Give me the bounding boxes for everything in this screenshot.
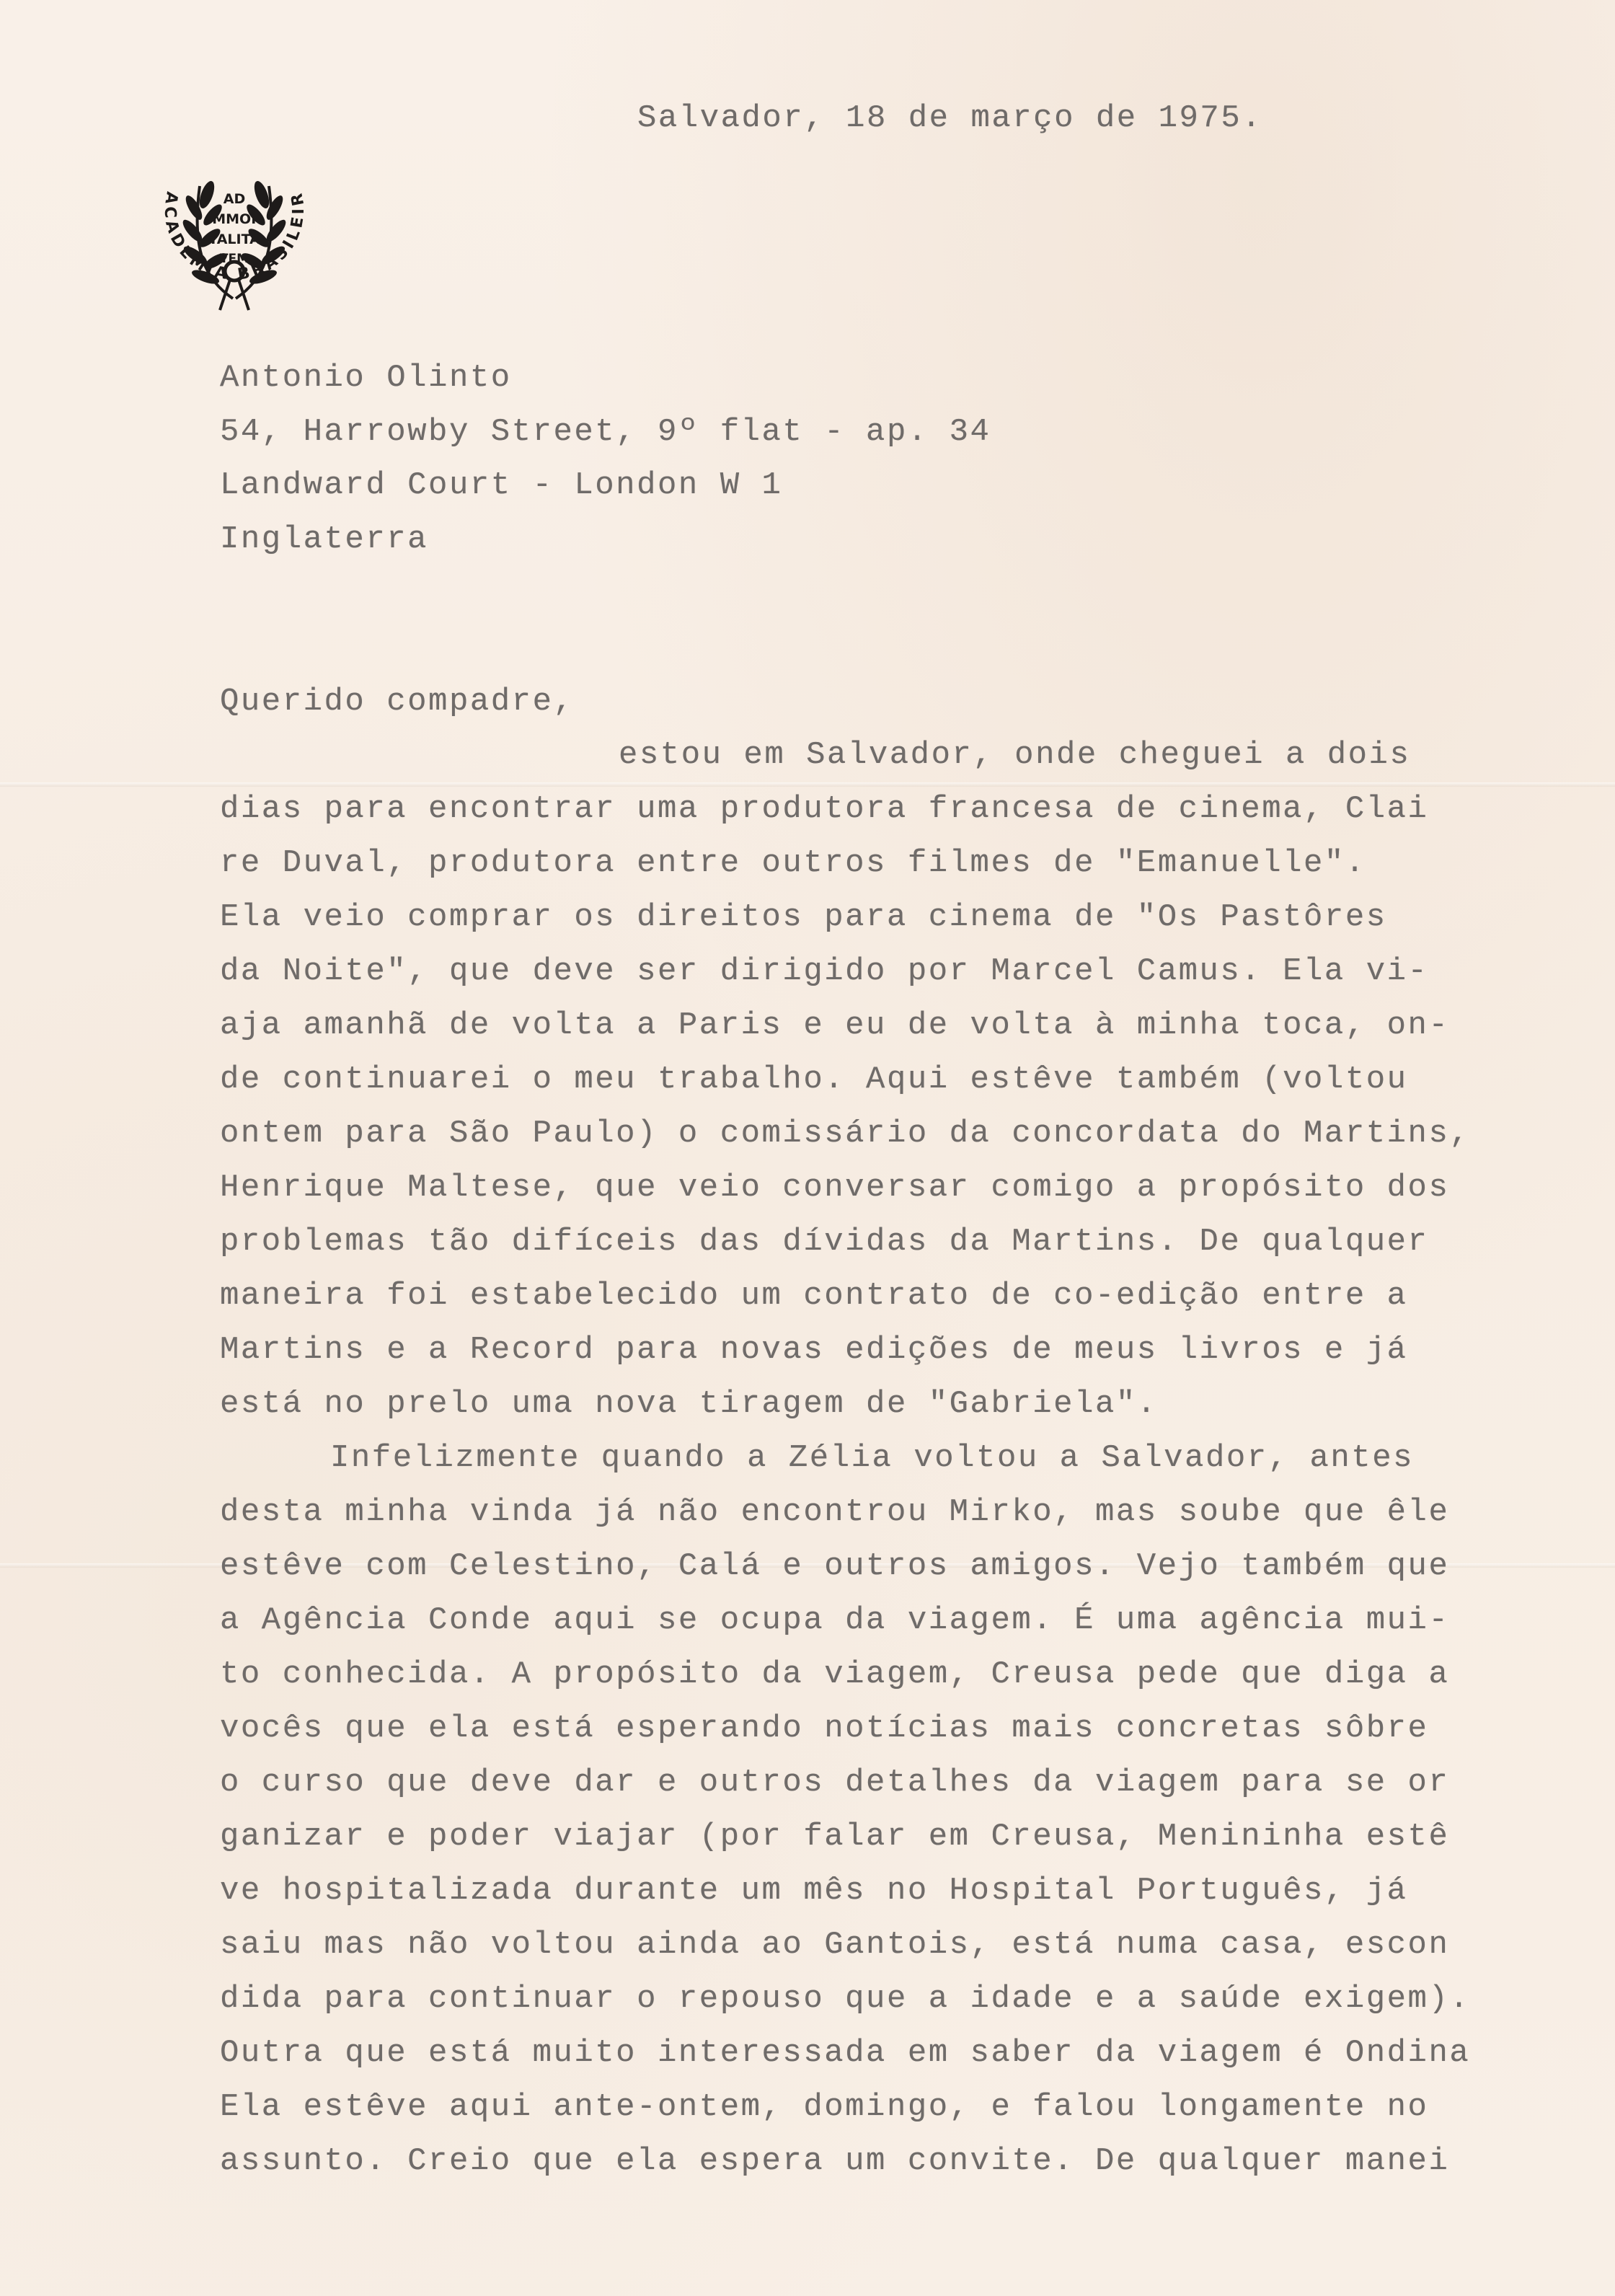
body-line: desta minha vinda já não encontrou Mirko…	[220, 1496, 1449, 1528]
body-line: o curso que deve dar e outros detalhes d…	[220, 1767, 1449, 1798]
paper-fold-crease	[0, 782, 1615, 787]
body-line: ontem para São Paulo) o comissário da co…	[220, 1118, 1470, 1149]
body-line: Infelizmente quando a Zélia voltou a Sal…	[330, 1442, 1414, 1474]
body-line: a Agência Conde aqui se ocupa da viagem.…	[220, 1604, 1449, 1636]
body-line: estou em Salvador, onde cheguei a dois	[619, 739, 1410, 771]
seal-motto-line: AD	[224, 191, 245, 207]
body-line: aja amanhã de volta a Paris e eu de volt…	[220, 1010, 1449, 1041]
body-line: de continuarei o meu trabalho. Aqui estê…	[220, 1064, 1408, 1095]
recipient-address-line-1: 54, Harrowby Street, 9º flat - ap. 34	[220, 416, 991, 448]
body-line: Ela estêve aqui ante-ontem, domingo, e f…	[220, 2091, 1428, 2123]
body-line: da Noite", que deve ser dirigido por Mar…	[220, 955, 1428, 987]
body-line: assunto. Creio que ela espera um convite…	[220, 2145, 1449, 2177]
seal-motto-line: TEM	[220, 252, 249, 266]
recipient-address-line-2: Landward Court - London W 1	[220, 469, 782, 501]
body-line: ve hospitalizada durante um mês no Hospi…	[220, 1875, 1408, 1907]
academia-brasileira-seal-icon: AD IMMOR TALITA TEM ACADEMIA BRASILEIRA	[148, 157, 321, 330]
body-line: Henrique Maltese, que veio conversar com…	[220, 1172, 1449, 1204]
salutation: Querido compadre,	[220, 686, 574, 717]
body-line: Outra que está muito interessada em sabe…	[220, 2037, 1470, 2069]
body-line: problemas tão difíceis das dívidas da Ma…	[220, 1226, 1428, 1258]
body-line: estêve com Celestino, Calá e outros amig…	[220, 1550, 1449, 1582]
body-line: dias para encontrar uma produtora france…	[220, 793, 1428, 825]
date-line: Salvador, 18 de março de 1975.	[637, 102, 1262, 134]
body-line: Martins e a Record para novas edições de…	[220, 1334, 1408, 1366]
body-line: dida para continuar o repouso que a idad…	[220, 1983, 1470, 2015]
seal-motto-line: IMMOR	[207, 211, 262, 227]
body-line: to conhecida. A propósito da viagem, Cre…	[220, 1659, 1449, 1690]
body-line: Ela veio comprar os direitos para cinema…	[220, 901, 1387, 933]
body-line: saiu mas não voltou ainda ao Gantois, es…	[220, 1929, 1449, 1961]
body-line: vocês que ela está esperando notícias ma…	[220, 1713, 1428, 1744]
body-line: ganizar e poder viajar (por falar em Cre…	[220, 1821, 1449, 1853]
body-line: está no prelo uma nova tiragem de "Gabri…	[220, 1388, 1158, 1420]
body-line: maneira foi estabelecido um contrato de …	[220, 1280, 1408, 1312]
recipient-country: Inglaterra	[220, 524, 428, 555]
seal-motto-line: TALITA	[208, 231, 260, 247]
recipient-name: Antonio Olinto	[220, 362, 512, 394]
body-line: re Duval, produtora entre outros filmes …	[220, 847, 1366, 879]
